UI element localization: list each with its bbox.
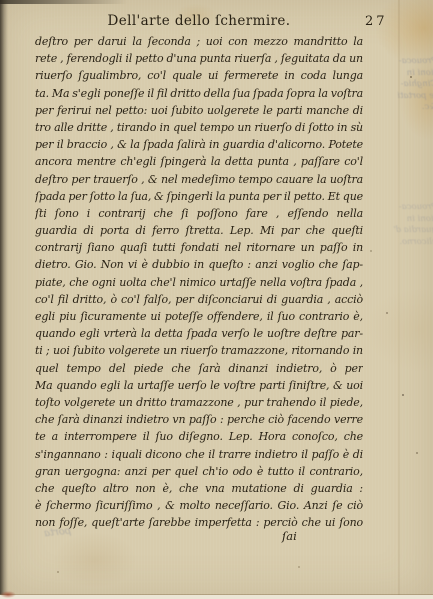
text-line: contrarij ſiano quaſi tutti fondati nel … (35, 239, 363, 256)
scan-edge-left (0, 0, 8, 599)
showthrough-margin-note-mid: Prouoca-tioni inguardia d'alicorno. (373, 202, 433, 248)
text-line: co'l fil dritto, ò co'l falſo, per diſco… (35, 291, 363, 308)
scan-corner-mark (0, 591, 16, 598)
note-line: alicorno. (373, 237, 433, 249)
note-line: Prouoca- (373, 56, 433, 68)
text-line: che ſarà dinanzi indietro vn paſſo : per… (35, 411, 363, 428)
text-line: s'ingannano : iquali dicono che il trarr… (35, 446, 363, 463)
showthrough-margin-note-top: Prouoca-tioni inCinghia-le portati&c. (373, 56, 433, 114)
text-line: per ferirui nel petto: uoi ſubito uolger… (35, 102, 363, 119)
text-line: ſpada per ſotto la ſua, & ſpingerli la p… (35, 188, 363, 205)
text-line: tro alle dritte , tirando in quel tempo … (35, 119, 363, 136)
catchword: ſai (282, 529, 297, 543)
note-line: Prouoca- (373, 202, 433, 214)
text-line: gran uergogna: anzi per quel ch'io odo è… (35, 463, 363, 480)
text-line: te a interrompere il ſuo diſegno. Lep. H… (35, 428, 363, 445)
foxing-specks (0, 0, 2, 2)
text-line: egli piu ſicuramente ui poteſſe offender… (35, 308, 363, 325)
scan-edge-top (0, 0, 150, 4)
text-line: che queſto altro non è, che vna mutation… (35, 480, 363, 497)
note-line: le portati (373, 91, 433, 103)
note-line: &c. (373, 102, 433, 114)
text-line: per il braccio , & la ſpada ſalirà in gu… (35, 136, 363, 153)
book-page-scan: Dell'arte dello ſchermire. 27 deſtro per… (0, 0, 433, 599)
scan-edge-bottom (0, 595, 433, 599)
page-number: 27 (365, 14, 388, 29)
text-line: ſti ſono i contrarij che ſi poſſono fare… (35, 205, 363, 222)
text-line: toſto volgerete un dritto tramazzone , p… (35, 394, 363, 411)
text-line: dietro. Gio. Non vi è dubbio in queſto :… (35, 256, 363, 273)
text-line: ancora mentre ch'egli ſpingerà la detta … (35, 153, 363, 170)
note-line: tioni in (373, 214, 433, 226)
text-line: è ſchermo ſicuriſſimo , & molto neceſſar… (35, 497, 363, 514)
note-line: tioni in (373, 68, 433, 80)
paper-crease (398, 0, 400, 599)
text-line: guardia di porta di ferro ſtretta. Lep. … (35, 222, 363, 239)
text-line: ta. Ma s'egli poneſſe il fil dritto dell… (35, 85, 363, 102)
text-line: non foſſe, queſt'arte ſarebbe imperfetta… (35, 514, 363, 531)
running-header-title: Dell'arte dello ſchermire. (108, 13, 291, 29)
text-line: quel tempo del piede che ſarà dinanzi in… (35, 360, 363, 377)
text-line: rete , ferendogli il petto d'una punta r… (35, 50, 363, 67)
text-line: riuerſo ſgualimbro, co'l quale ui fermer… (35, 67, 363, 84)
text-line: piate, che ogni uolta che'l nimico urtaſ… (35, 274, 363, 291)
running-header: Dell'arte dello ſchermire. (35, 13, 363, 29)
body-text: deſtro per darui la ſeconda ; uoi con me… (35, 33, 363, 531)
text-line: ti ; uoi ſubito volgerete un riuerſo tra… (35, 342, 363, 359)
text-line: Ma quando egli la urtaſſe uerſo le voſtr… (35, 377, 363, 394)
note-line: guardia d' (373, 225, 433, 237)
text-line: quando egli vrterà la detta ſpada verſo … (35, 325, 363, 342)
note-line: Cinghia- (373, 79, 433, 91)
showthrough-word: porta (43, 526, 71, 540)
text-line: deſtro per trauerſo , & nel medeſimo tem… (35, 171, 363, 188)
text-line: deſtro per darui la ſeconda ; uoi con me… (35, 33, 363, 50)
